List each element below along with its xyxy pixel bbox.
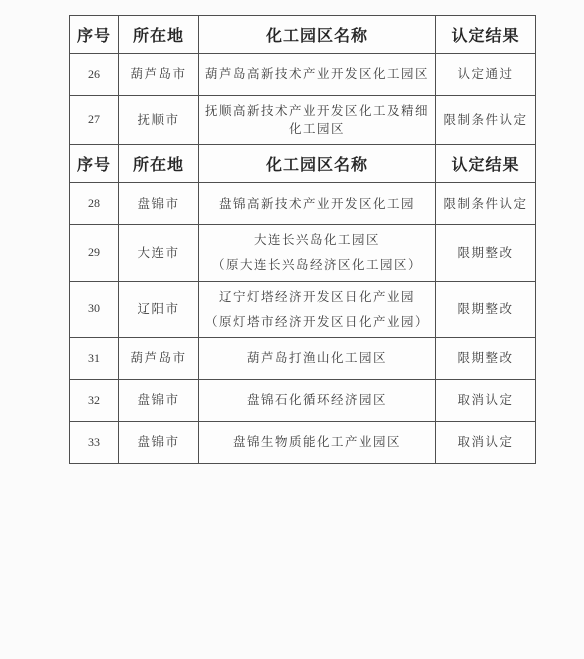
cell-text: 葫芦岛市 [124, 349, 193, 367]
result-cell: 限制条件认定 [436, 183, 536, 225]
city-cell: 葫芦岛市 [119, 337, 199, 379]
document-page: 序号所在地化工园区名称认定结果26葫芦岛市葫芦岛高新技术产业开发区化工园区认定通… [0, 0, 584, 659]
cell-text: 大连市 [124, 244, 193, 262]
cell-text: 31 [75, 350, 113, 367]
city-cell: 大连市 [119, 225, 199, 281]
column-header: 化工园区名称 [199, 145, 436, 183]
cell-text: 大连长兴岛化工园区 [204, 231, 430, 249]
cell-text: 抚顺市 [124, 111, 193, 129]
cell-text: 29 [75, 244, 113, 261]
table-row: 31葫芦岛市葫芦岛打渔山化工园区限期整改 [70, 337, 536, 379]
city-cell: 抚顺市 [119, 96, 199, 145]
table-row: 33盘锦市盘锦生物质能化工产业园区取消认定 [70, 421, 536, 463]
city-cell: 盘锦市 [119, 421, 199, 463]
table-header-row: 序号所在地化工园区名称认定结果 [70, 145, 536, 183]
cell-text: 限制条件认定 [441, 111, 530, 129]
table-row: 32盘锦市盘锦石化循环经济园区取消认定 [70, 379, 536, 421]
cell-text: 33 [75, 434, 113, 451]
cell-text: 取消认定 [441, 391, 530, 409]
cell-text: 盘锦石化循环经济园区 [204, 391, 430, 409]
park-name-cell: 盘锦生物质能化工产业园区 [199, 421, 436, 463]
cell-text: 盘锦生物质能化工产业园区 [204, 433, 430, 451]
cell-text: 盘锦高新技术产业开发区化工园 [204, 195, 430, 213]
cell-text: 辽宁灯塔经济开发区日化产业园 [204, 288, 430, 306]
table-row: 30辽阳市辽宁灯塔经济开发区日化产业园（原灯塔市经济开发区日化产业园）限期整改 [70, 281, 536, 337]
city-cell: 葫芦岛市 [119, 54, 199, 96]
park-name-cell: 大连长兴岛化工园区（原大连长兴岛经济区化工园区） [199, 225, 436, 281]
column-header: 所在地 [119, 145, 199, 183]
cell-text: 辽阳市 [124, 300, 193, 318]
cell-text: （原灯塔市经济开发区日化产业园） [204, 313, 430, 331]
row-number-cell: 31 [70, 337, 119, 379]
column-header: 序号 [70, 145, 119, 183]
column-header: 认定结果 [436, 16, 536, 54]
cell-text: 取消认定 [441, 433, 530, 451]
table-row: 29大连市大连长兴岛化工园区（原大连长兴岛经济区化工园区）限期整改 [70, 225, 536, 281]
park-name-cell: 盘锦石化循环经济园区 [199, 379, 436, 421]
result-cell: 限期整改 [436, 337, 536, 379]
result-cell: 限期整改 [436, 225, 536, 281]
result-cell: 取消认定 [436, 379, 536, 421]
city-cell: 盘锦市 [119, 379, 199, 421]
cell-text: 27 [75, 111, 113, 128]
park-name-cell: 盘锦高新技术产业开发区化工园 [199, 183, 436, 225]
row-number-cell: 29 [70, 225, 119, 281]
cell-text: 盘锦市 [124, 391, 193, 409]
column-header: 认定结果 [436, 145, 536, 183]
cell-text: 限期整改 [441, 349, 530, 367]
cell-text: 葫芦岛市 [124, 65, 193, 83]
row-number-cell: 33 [70, 421, 119, 463]
column-header: 所在地 [119, 16, 199, 54]
cell-text: 32 [75, 392, 113, 409]
table-row: 28盘锦市盘锦高新技术产业开发区化工园限制条件认定 [70, 183, 536, 225]
cell-text: 葫芦岛高新技术产业开发区化工园区 [204, 65, 430, 83]
cell-text: 限期整改 [441, 300, 530, 318]
column-header: 化工园区名称 [199, 16, 436, 54]
column-header: 序号 [70, 16, 119, 54]
certification-table: 序号所在地化工园区名称认定结果26葫芦岛市葫芦岛高新技术产业开发区化工园区认定通… [69, 15, 536, 464]
table-header-row: 序号所在地化工园区名称认定结果 [70, 16, 536, 54]
cell-text: 葫芦岛打渔山化工园区 [204, 349, 430, 367]
result-cell: 认定通过 [436, 54, 536, 96]
row-number-cell: 32 [70, 379, 119, 421]
table-row: 26葫芦岛市葫芦岛高新技术产业开发区化工园区认定通过 [70, 54, 536, 96]
row-number-cell: 28 [70, 183, 119, 225]
result-cell: 限制条件认定 [436, 96, 536, 145]
park-name-cell: 葫芦岛高新技术产业开发区化工园区 [199, 54, 436, 96]
park-name-cell: 葫芦岛打渔山化工园区 [199, 337, 436, 379]
city-cell: 辽阳市 [119, 281, 199, 337]
result-cell: 限期整改 [436, 281, 536, 337]
cell-text: 限制条件认定 [441, 195, 530, 213]
cell-text: 抚顺高新技术产业开发区化工及精细化工园区 [204, 102, 430, 138]
park-name-cell: 辽宁灯塔经济开发区日化产业园（原灯塔市经济开发区日化产业园） [199, 281, 436, 337]
row-number-cell: 27 [70, 96, 119, 145]
row-number-cell: 26 [70, 54, 119, 96]
cell-text: 盘锦市 [124, 195, 193, 213]
row-number-cell: 30 [70, 281, 119, 337]
cell-text: 26 [75, 66, 113, 83]
cell-text: 认定通过 [441, 65, 530, 83]
cell-text: 盘锦市 [124, 433, 193, 451]
result-cell: 取消认定 [436, 421, 536, 463]
cell-text: 30 [75, 300, 113, 317]
table-row: 27抚顺市抚顺高新技术产业开发区化工及精细化工园区限制条件认定 [70, 96, 536, 145]
cell-text: 限期整改 [441, 244, 530, 262]
park-name-cell: 抚顺高新技术产业开发区化工及精细化工园区 [199, 96, 436, 145]
cell-text: （原大连长兴岛经济区化工园区） [204, 256, 430, 274]
city-cell: 盘锦市 [119, 183, 199, 225]
cell-text: 28 [75, 195, 113, 212]
